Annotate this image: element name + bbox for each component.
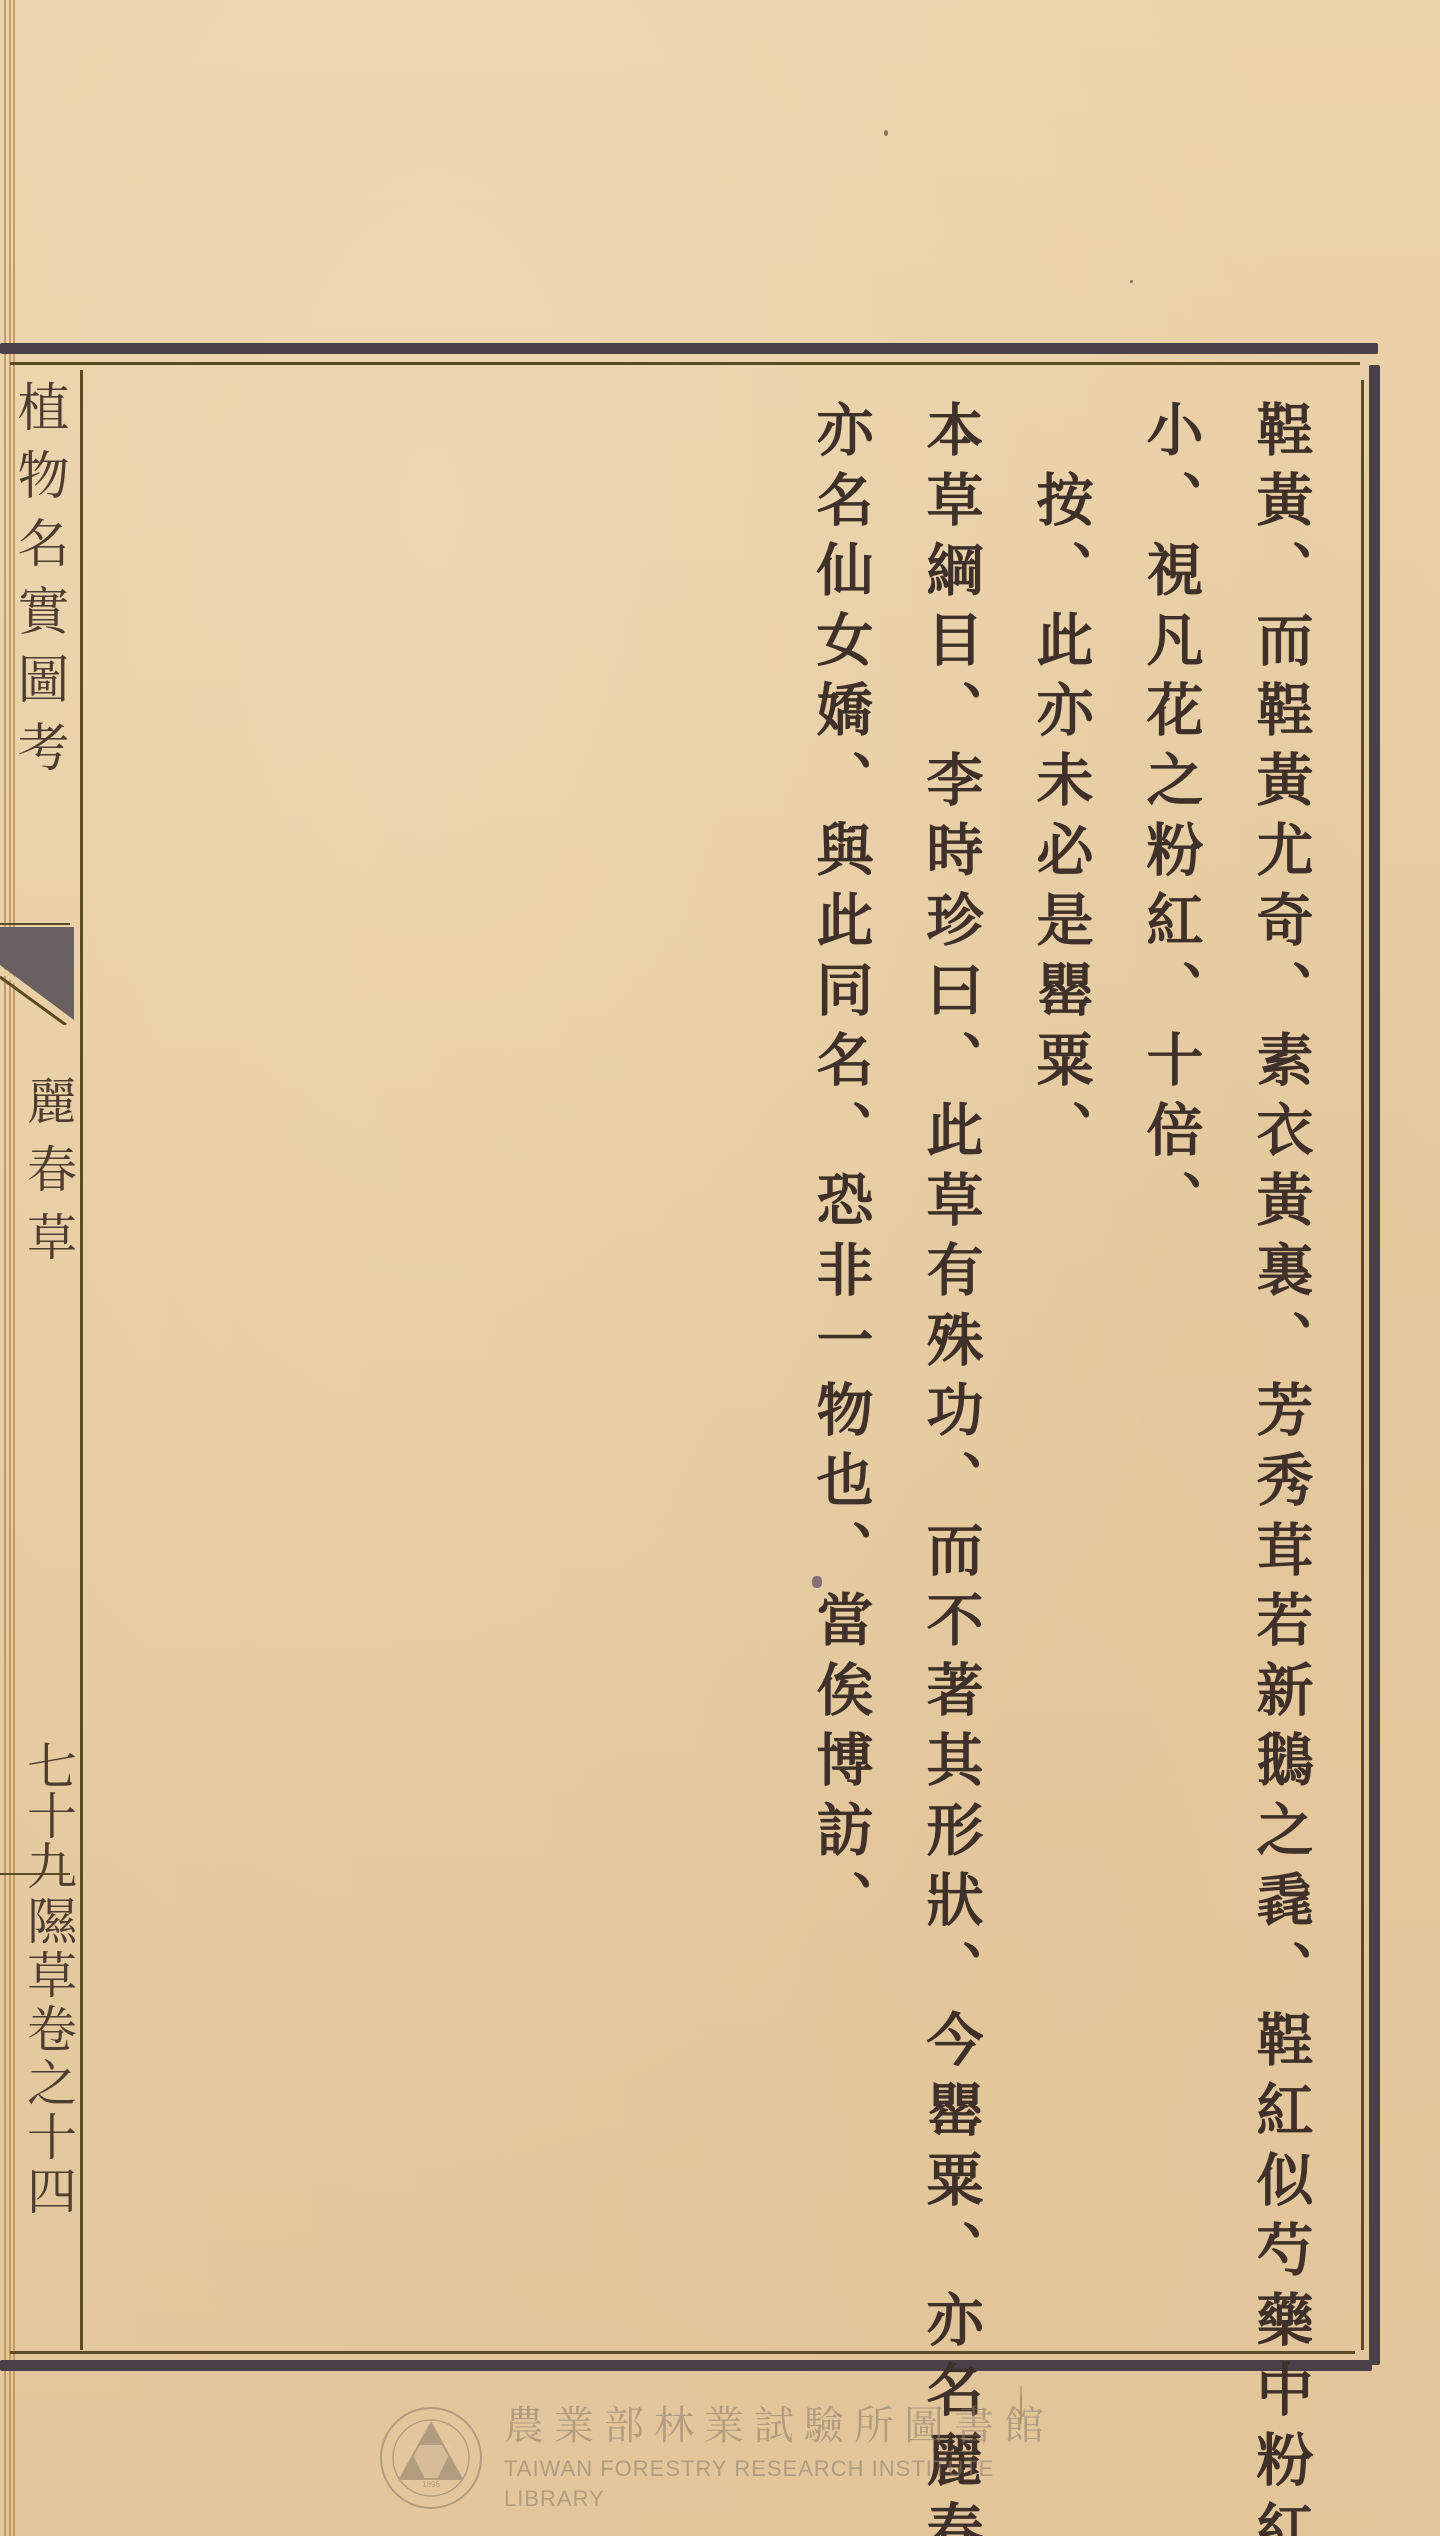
binding-line [4, 0, 6, 2536]
book-title: 植物名實圖考 [8, 380, 68, 788]
text-column: 亦名仙女嬌、與此同名、恐非一物也、當俟博訪、 [790, 400, 890, 2360]
frame-border-top [0, 343, 1378, 354]
library-name-cn: 農業部林業試驗所圖書館 [504, 2402, 1078, 2450]
volume-label: 隰草卷之十四 [18, 1895, 78, 2219]
fold-divider [0, 1873, 70, 1875]
library-watermark: 1896 農業部林業試驗所圖書館 TAIWAN FORESTRY RESEARC… [378, 2403, 1078, 2513]
text-column: 小、視凡花之粉紅、十倍、 [1120, 400, 1220, 2360]
page-number: 七十九 [18, 1740, 78, 1890]
fishtail-ornament-icon [0, 925, 76, 1025]
ink-blot [812, 1576, 822, 1588]
paper-speck [1130, 280, 1133, 283]
paper-speck [884, 130, 888, 136]
text-column: 本草綱目、李時珍曰、此草有殊功、而不著其形狀、今罌粟、亦名麗春草、九仙子、 [900, 400, 1000, 2360]
section-title: 麗春草 [18, 1075, 78, 1279]
library-name-en: TAIWAN FORESTRY RESEARCH INSTITUTE LIBRA… [504, 2454, 1078, 2514]
svg-text:1896: 1896 [422, 2480, 440, 2489]
text-column: 鞓黃、而鞓黃尤奇、素衣黃裏、芳秀茸若新鵝之毳、鞓紅似芍藥中粉紅樓、特差 [1230, 400, 1330, 2360]
frame-border-right [1369, 365, 1380, 2365]
frame-rule-top [10, 362, 1360, 365]
frame-border-bottom [0, 2360, 1372, 2371]
main-text-body: 鞓黃、而鞓黃尤奇、素衣黃裏、芳秀茸若新鵝之毳、鞓紅似芍藥中粉紅樓、特差 小、視凡… [780, 400, 1330, 2360]
text-column-indented: 按、此亦未必是罌粟、 [1010, 400, 1110, 2360]
frame-rule-right [1361, 380, 1364, 2350]
institute-logo-icon: 1896 [378, 2405, 484, 2511]
fold-column-rule [80, 370, 83, 2350]
